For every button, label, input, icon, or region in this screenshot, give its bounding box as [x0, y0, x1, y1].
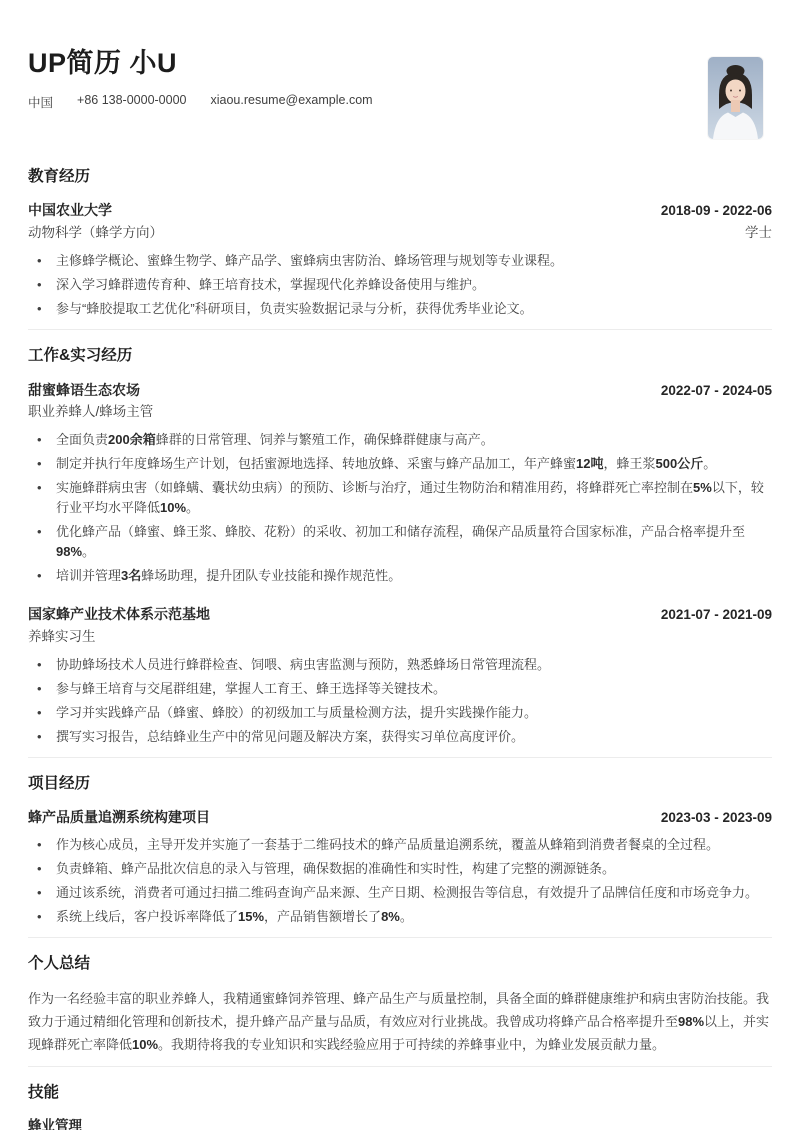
- bullet-list: 作为核心成员，主导开发并实施了一套基于二维码技术的蜂产品质量追溯系统，覆盖从蜂箱…: [28, 835, 772, 927]
- entry-subheader: 养蜂实习生: [28, 627, 772, 647]
- bullet-item: 负责蜂箱、蜂产品批次信息的录入与管理，确保数据的准确性和实时性，构建了完整的溯源…: [28, 859, 772, 879]
- section-title-projects: 项目经历: [28, 774, 772, 793]
- bullet-item: 参与蜂王培育与交尾群组建，掌握人工育王、蜂王选择等关键技术。: [28, 679, 772, 699]
- section-title-education: 教育经历: [28, 167, 772, 186]
- highlight-metric: 5%: [693, 480, 712, 495]
- section-projects: 项目经历蜂产品质量追溯系统构建项目2023-03 - 2023-09作为核心成员…: [28, 774, 772, 927]
- entry-org-name: 国家蜂产业技术体系示范基地: [28, 606, 210, 624]
- contact-phone: +86 138-0000-0000: [77, 93, 186, 111]
- section-skills: 技能蜂业管理: [28, 1083, 772, 1130]
- bullet-item: 系统上线后，客户投诉率降低了15%，产品销售额增长了8%。: [28, 907, 772, 927]
- entry-subheader: 职业养蜂人/蜂场主管: [28, 402, 772, 422]
- entry-date-range: 2018-09 - 2022-06: [661, 203, 772, 218]
- bullet-item: 撰写实习报告，总结蜂业生产中的常见问题及解决方案，获得实习单位高度评价。: [28, 727, 772, 747]
- skill-group-title: 蜂业管理: [28, 1117, 772, 1130]
- entry-degree: 学士: [745, 223, 772, 243]
- resume-page: UP简历 小U 中国 +86 138-0000-0000 xiaou.resum…: [0, 0, 800, 1130]
- highlight-metric: 12吨: [576, 456, 603, 471]
- entry-date-range: 2023-03 - 2023-09: [661, 810, 772, 825]
- bullet-item: 优化蜂产品（蜂蜜、蜂王浆、蜂胶、花粉）的采收、初加工和储存流程，确保产品质量符合…: [28, 522, 772, 562]
- entry-role: 职业养蜂人/蜂场主管: [28, 402, 153, 422]
- candidate-name: UP简历 小U: [28, 48, 772, 79]
- entry-date-range: 2021-07 - 2021-09: [661, 607, 772, 622]
- bullet-item: 参与“蜂胶提取工艺优化”科研项目，负责实验数据记录与分析，获得优秀毕业论文。: [28, 299, 772, 319]
- section-divider: [28, 329, 772, 330]
- entry-role: 动物科学（蜂学方向）: [28, 223, 163, 243]
- highlight-metric: 15%: [238, 909, 264, 924]
- section-divider: [28, 757, 772, 758]
- section-title-skills: 技能: [28, 1083, 772, 1102]
- bullet-item: 实施蜂群病虫害（如蜂螨、囊状幼虫病）的预防、诊断与治疗，通过生物防治和精准用药，…: [28, 478, 772, 518]
- section-work: 工作&实习经历甜蜜蜂语生态农场2022-07 - 2024-05职业养蜂人/蜂场…: [28, 346, 772, 747]
- highlight-metric: 8%: [381, 909, 400, 924]
- entry-subheader: 动物科学（蜂学方向）学士: [28, 223, 772, 243]
- section-divider: [28, 937, 772, 938]
- bullet-item: 全面负责200余箱蜂群的日常管理、饲养与繁殖工作，确保蜂群健康与高产。: [28, 430, 772, 450]
- contact-email: xiaou.resume@example.com: [211, 93, 373, 111]
- entry-header: 国家蜂产业技术体系示范基地2021-07 - 2021-09: [28, 606, 772, 624]
- entry: 蜂产品质量追溯系统构建项目2023-03 - 2023-09作为核心成员，主导开…: [28, 809, 772, 927]
- bullet-item: 作为核心成员，主导开发并实施了一套基于二维码技术的蜂产品质量追溯系统，覆盖从蜂箱…: [28, 835, 772, 855]
- entry: 甜蜜蜂语生态农场2022-07 - 2024-05职业养蜂人/蜂场主管全面负责2…: [28, 382, 772, 587]
- highlight-metric: 200余箱: [108, 432, 156, 447]
- section-title-summary: 个人总结: [28, 954, 772, 973]
- highlight-metric: 98%: [678, 1014, 704, 1029]
- section-education: 教育经历中国农业大学2018-09 - 2022-06动物科学（蜂学方向）学士主…: [28, 167, 772, 319]
- entry: 国家蜂产业技术体系示范基地2021-07 - 2021-09养蜂实习生协助蜂场技…: [28, 606, 772, 747]
- entry-org-name: 中国农业大学: [28, 202, 112, 220]
- portrait-photo-icon: [708, 57, 763, 139]
- highlight-metric: 10%: [132, 1037, 158, 1052]
- resume-sections: 教育经历中国农业大学2018-09 - 2022-06动物科学（蜂学方向）学士主…: [28, 167, 772, 1130]
- entry-role: 养蜂实习生: [28, 627, 96, 647]
- section-summary: 个人总结作为一名经验丰富的职业养蜂人，我精通蜜蜂饲养管理、蜂产品生产与质量控制，…: [28, 954, 772, 1056]
- summary-paragraph: 作为一名经验丰富的职业养蜂人，我精通蜜蜂饲养管理、蜂产品生产与质量控制，具备全面…: [28, 987, 772, 1056]
- bullet-list: 主修蜂学概论、蜜蜂生物学、蜂产品学、蜜蜂病虫害防治、蜂场管理与规划等专业课程。深…: [28, 251, 772, 319]
- section-title-work: 工作&实习经历: [28, 346, 772, 365]
- entry-org-name: 蜂产品质量追溯系统构建项目: [28, 809, 210, 827]
- bullet-item: 深入学习蜂群遗传育种、蜂王培育技术，掌握现代化养蜂设备使用与维护。: [28, 275, 772, 295]
- entry-header: 中国农业大学2018-09 - 2022-06: [28, 202, 772, 220]
- resume-header: UP简历 小U 中国 +86 138-0000-0000 xiaou.resum…: [28, 48, 772, 111]
- bullet-list: 协助蜂场技术人员进行蜂群检查、饲喂、病虫害监测与预防，熟悉蜂场日常管理流程。参与…: [28, 655, 772, 747]
- entry: 中国农业大学2018-09 - 2022-06动物科学（蜂学方向）学士主修蜂学概…: [28, 202, 772, 319]
- highlight-metric: 500公斤: [656, 456, 704, 471]
- bullet-list: 全面负责200余箱蜂群的日常管理、饲养与繁殖工作，确保蜂群健康与高产。制定并执行…: [28, 430, 772, 586]
- contact-location: 中国: [28, 93, 53, 111]
- bullet-item: 学习并实践蜂产品（蜂蜜、蜂胶）的初级加工与质量检测方法，提升实践操作能力。: [28, 703, 772, 723]
- bullet-item: 制定并执行年度蜂场生产计划，包括蜜源地选择、转地放蜂、采蜜与蜂产品加工，年产蜂蜜…: [28, 454, 772, 474]
- bullet-item: 培训并管理3名蜂场助理，提升团队专业技能和操作规范性。: [28, 566, 772, 586]
- section-divider: [28, 1066, 772, 1067]
- bullet-item: 协助蜂场技术人员进行蜂群检查、饲喂、病虫害监测与预防，熟悉蜂场日常管理流程。: [28, 655, 772, 675]
- highlight-metric: 10%: [160, 500, 186, 515]
- contact-row: 中国 +86 138-0000-0000 xiaou.resume@exampl…: [28, 93, 772, 111]
- bullet-item: 通过该系统，消费者可通过扫描二维码查询产品来源、生产日期、检测报告等信息，有效提…: [28, 883, 772, 903]
- entry-header: 甜蜜蜂语生态农场2022-07 - 2024-05: [28, 382, 772, 400]
- entry-date-range: 2022-07 - 2024-05: [661, 383, 772, 398]
- highlight-metric: 3名: [121, 568, 141, 583]
- bullet-item: 主修蜂学概论、蜜蜂生物学、蜂产品学、蜜蜂病虫害防治、蜂场管理与规划等专业课程。: [28, 251, 772, 271]
- highlight-metric: 98%: [56, 544, 82, 559]
- profile-photo: [708, 57, 763, 139]
- entry-header: 蜂产品质量追溯系统构建项目2023-03 - 2023-09: [28, 809, 772, 827]
- entry-org-name: 甜蜜蜂语生态农场: [28, 382, 140, 400]
